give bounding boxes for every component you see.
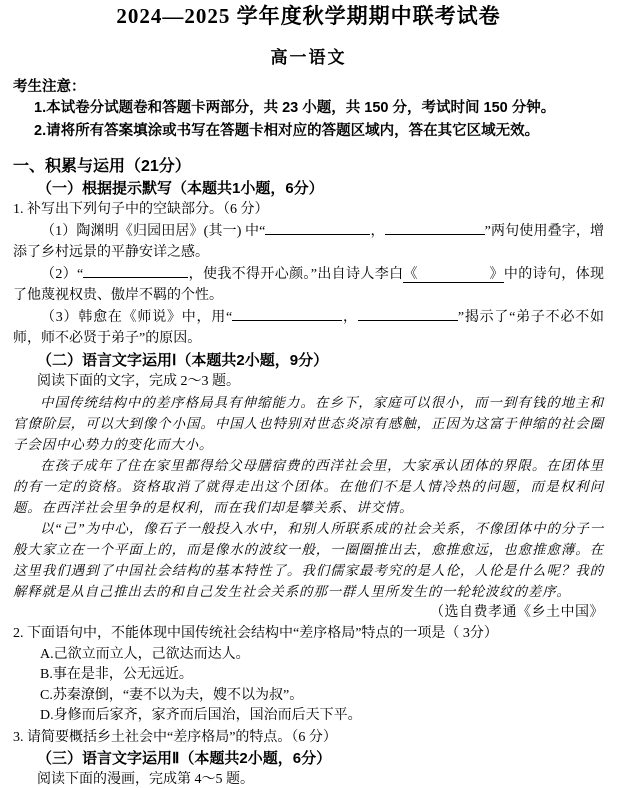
dictation-item-2: （2）“，使我不得开心颜。”出自诗人李白《 》中的诗句，体现了他蔑视权贵、傲岸不… — [13, 264, 604, 307]
dictation-item-2-mid: ，使我不得开心颜。”出自诗人李白 — [188, 267, 403, 282]
passage-source: （选自费孝通《乡土中国》 — [13, 602, 604, 624]
answer-blank — [265, 221, 370, 235]
question-2-option-b: B.事在是非，公无远近。 — [13, 665, 604, 686]
dictation-item-3-pre: （3）韩愈在《师说》中，用“ — [41, 310, 232, 325]
question-2-option-a: A.己欲立而立人，己欲达而达人。 — [13, 645, 604, 666]
dictation-item-2-pre: （2）“ — [41, 267, 83, 282]
section-1-heading: 一、积累与运用（21分） — [13, 156, 604, 178]
answer-blank — [232, 307, 342, 321]
exam-subject: 高一语文 — [13, 47, 604, 69]
notice-item-1: 1.本试卷分试题卷和答题卡两部分，共 23 小题，共 150 分，考试时间 15… — [13, 97, 604, 120]
passage-paragraph-1: 中国传统结构中的差序格局具有伸缩能力。在乡下，家庭可以很小，而一到有钱的地主和官… — [13, 392, 604, 455]
dictation-item-1-mid: ， — [370, 224, 384, 239]
passage-paragraph-3: 以“己”为中心，像石子一般投入水中，和别人所联系成的社会关系，不像团体中的分子一… — [13, 518, 604, 602]
part-1-heading: （一）根据提示默写（本题共1小题，6分） — [13, 178, 604, 199]
notice-item-2: 2.请将所有答案填涂或书写在答题卡相对应的答题区域内，答在其它区域无效。 — [13, 120, 604, 143]
question-3-stem: 3. 请简要概括乡土社会中“差序格局”的特点。（6 分） — [13, 727, 604, 749]
part-3-lead: 阅读下面的漫画，完成第 4～5 题。 — [13, 769, 604, 788]
dictation-item-1: （1）陶渊明《归园田居》(其一) 中“，”两句使用叠字，增添了乡村远景的平静安详… — [13, 221, 604, 264]
question-2-option-c: C.苏秦潦倒，“妻不以为夫，嫂不以为叔”。 — [13, 686, 604, 707]
dictation-item-3: （3）韩愈在《师说》中，用“，”揭示了“弟子不必不如师，师不必贤于弟子”的原因。 — [13, 307, 604, 350]
part-2-heading: （二）语言文字运用Ⅰ（本题共2小题，9分） — [13, 350, 604, 371]
part-2-lead: 阅读下面的文字，完成 2～3 题。 — [13, 371, 604, 392]
question-2-stem: 2. 下面语句中，不能体现中国传统社会结构中“差序格局”特点的一项是（ 3分） — [13, 623, 604, 645]
passage-paragraph-2: 在孩子成年了住在家里都得给父母膳宿费的西洋社会里，大家承认团体的界限。在团体里的… — [13, 455, 604, 518]
dictation-item-1-pre: （1）陶渊明《归园田居》(其一) 中“ — [41, 224, 265, 239]
part-3-heading: （三）语言文字运用Ⅱ（本题共2小题，6分） — [13, 748, 604, 769]
dictation-item-3-mid: ， — [342, 310, 358, 325]
answer-blank — [385, 221, 485, 235]
notice-heading: 考生注意： — [13, 78, 604, 97]
exam-title: 2024—2025 学年度秋学期期中联考试卷 — [13, 2, 604, 30]
question-2-option-d: D.身修而后家齐，家齐而后国治，国治而后天下平。 — [13, 706, 604, 727]
exam-paper-page: 2024—2025 学年度秋学期期中联考试卷 高一语文 考生注意： 1.本试卷分… — [0, 0, 617, 788]
question-1-stem: 1. 补写出下列句子中的空缺部分。（6 分） — [13, 199, 604, 221]
answer-blank — [358, 307, 458, 321]
answer-blank — [83, 264, 188, 278]
book-title-blank: 《 》 — [403, 267, 503, 283]
